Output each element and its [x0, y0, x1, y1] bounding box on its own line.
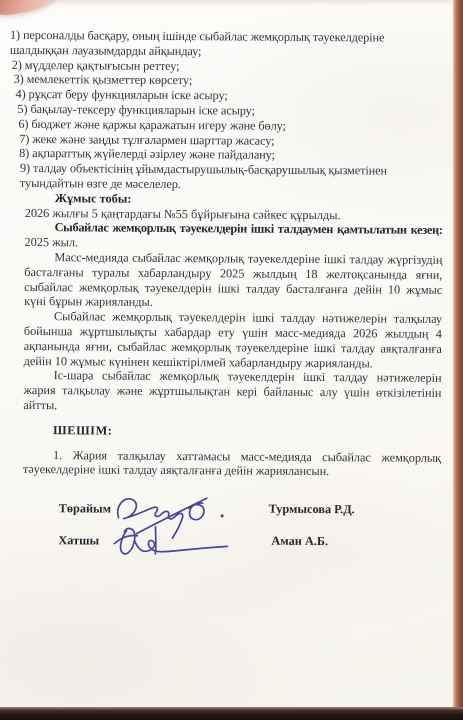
paragraph-event-purpose: Іс-шара сыбайлас жемқорлық тәуекелдерін …	[23, 368, 441, 415]
decision-heading: ШЕШІМ:	[23, 423, 441, 441]
signature-role-chairperson: Төрайым	[59, 501, 112, 516]
paragraph-announcement-results: Сыбайлас жемқорлық тәуекелдерін ішкі тал…	[24, 309, 442, 371]
period-heading-text: Сыбайлас жемқорлық тәуекелдерін ішкі тал…	[55, 221, 443, 238]
document-content: 1) персоналды басқару, оның ішінде сыбай…	[0, 0, 453, 624]
period-heading: Сыбайлас жемқорлық тәуекелдерін ішкі тал…	[25, 220, 443, 238]
list-item: 9) талдау объектісінің ұйымдастырушылық-…	[9, 161, 443, 194]
signature-name-secretary: Аман А.Б.	[271, 534, 328, 549]
decision-item: 1. Жария талқылау хаттамасы масс-медияда…	[23, 447, 441, 480]
secretary-signature	[109, 522, 237, 565]
scanned-document: 1) персоналды басқару, оның ішінде сыбай…	[0, 0, 463, 720]
scan-edge-right	[453, 0, 463, 720]
scan-edge-bottom	[0, 707, 463, 720]
signature-block: Төрайым Турмысова Р.Д. Хатшы Аман А.Б.	[6, 501, 441, 624]
list-item: 1) персоналды басқару, оның ішінде сыбай…	[10, 28, 444, 61]
numbered-list: 1) персоналды басқару, оның ішінде сыбай…	[9, 28, 444, 194]
paragraph-announcement-start: Масс-медияда сыбайлас жемқорлық тәуекелд…	[24, 250, 442, 312]
signature-name-chairperson: Турмысова Р.Д.	[269, 502, 355, 517]
paper-page: 1) персоналды басқару, оның ішінде сыбай…	[0, 0, 454, 707]
signature-role-secretary: Хатшы	[58, 533, 99, 548]
